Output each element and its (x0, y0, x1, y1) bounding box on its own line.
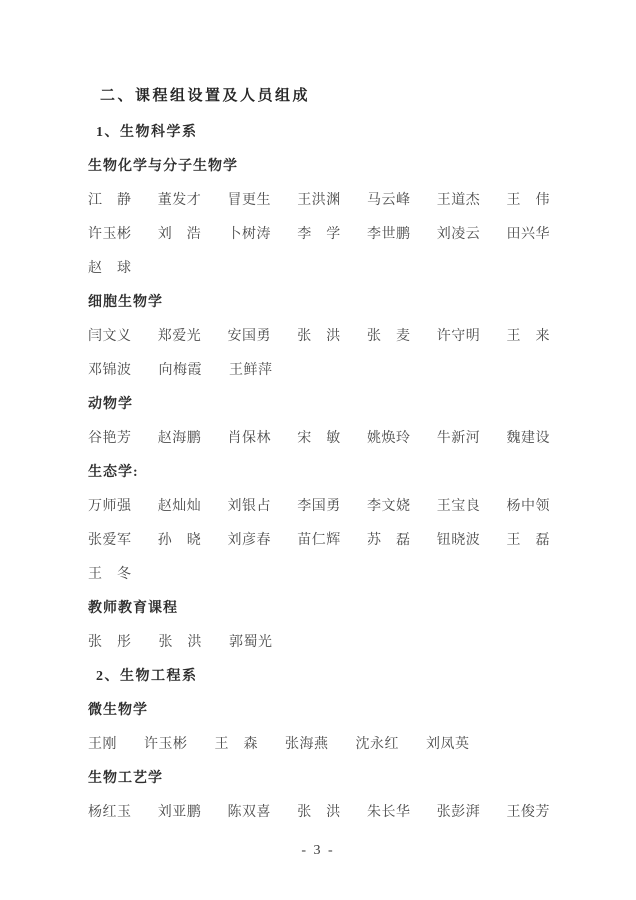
person-name: 刘亚鹏 (158, 804, 202, 821)
person-name: 李 学 (297, 226, 341, 243)
person-name: 王 磊 (507, 532, 551, 549)
department-heading: 2、生物工程系 (96, 668, 550, 685)
person-name: 冒更生 (228, 192, 272, 209)
person-name: 张爱军 (88, 532, 132, 549)
person-name: 王鲜萍 (229, 362, 273, 379)
person-name: 郭蜀光 (229, 634, 273, 651)
person-name: 邓锦波 (88, 362, 132, 379)
person-name: 李国勇 (297, 498, 341, 515)
person-name: 赵 球 (88, 260, 132, 277)
name-row: 许玉彬刘 浩卜树涛李 学李世鹏刘凌云田兴华 (88, 226, 550, 243)
person-name: 王刚 (88, 736, 117, 753)
name-row: 王 冬 (88, 566, 550, 583)
name-row: 江 静董发才冒更生王洪渊马云峰王道杰王 伟 (88, 192, 550, 209)
person-name: 张 麦 (367, 328, 411, 345)
name-row: 闫文义郑爱光安国勇张 洪张 麦许守明王 来 (88, 328, 550, 345)
course-group-heading: 生物化学与分子生物学 (88, 158, 550, 175)
person-name: 陈双喜 (228, 804, 272, 821)
person-name: 赵海鹏 (158, 430, 202, 447)
person-name: 沈永红 (356, 736, 400, 753)
person-name: 张彭湃 (437, 804, 481, 821)
person-name: 王道杰 (437, 192, 481, 209)
name-row: 王刚许玉彬王 森张海燕沈永红刘凤英 (88, 736, 550, 753)
person-name: 江 静 (88, 192, 132, 209)
person-name: 董发才 (158, 192, 202, 209)
person-name: 马云峰 (367, 192, 411, 209)
person-name: 王 森 (215, 736, 259, 753)
person-name: 安国勇 (228, 328, 272, 345)
person-name: 刘银占 (228, 498, 272, 515)
person-name: 杨红玉 (88, 804, 132, 821)
person-name: 郑爱光 (158, 328, 202, 345)
name-row: 张 彤张 洪郭蜀光 (88, 634, 550, 651)
person-name: 刘凌云 (437, 226, 481, 243)
person-name: 闫文义 (88, 328, 132, 345)
person-name: 钮晓波 (437, 532, 481, 549)
person-name: 姚焕玲 (367, 430, 411, 447)
name-row: 万师强赵灿灿刘银占李国勇李文娆王宝良杨中领 (88, 498, 550, 515)
person-name: 朱长华 (367, 804, 411, 821)
page-number: - 3 - (0, 843, 636, 859)
course-group-heading: 生态学: (88, 464, 550, 481)
person-name: 刘彦春 (228, 532, 272, 549)
person-name: 王宝良 (437, 498, 481, 515)
name-row: 杨红玉刘亚鹏陈双喜张 洪朱长华张彭湃王俊芳 (88, 804, 550, 821)
person-name: 张 洪 (297, 328, 341, 345)
department-heading: 1、生物科学系 (96, 124, 550, 141)
person-name: 许玉彬 (88, 226, 132, 243)
person-name: 王洪渊 (297, 192, 341, 209)
name-row: 邓锦波向梅霞王鲜萍 (88, 362, 550, 379)
course-group-heading: 细胞生物学 (88, 294, 550, 311)
person-name: 刘 浩 (158, 226, 202, 243)
person-name: 牛新河 (437, 430, 481, 447)
person-name: 向梅霞 (159, 362, 203, 379)
person-name: 许玉彬 (144, 736, 188, 753)
person-name: 张 洪 (159, 634, 203, 651)
person-name: 王 来 (507, 328, 551, 345)
document-body: 二、课程组设置及人员组成 1、生物科学系生物化学与分子生物学江 静董发才冒更生王… (88, 84, 550, 838)
person-name: 孙 晓 (158, 532, 202, 549)
name-row: 谷艳芳赵海鹏肖保林宋 敏姚焕玲牛新河魏建设 (88, 430, 550, 447)
person-name: 肖保林 (228, 430, 272, 447)
person-name: 张 洪 (297, 804, 341, 821)
person-name: 王 冬 (88, 566, 132, 583)
course-group-heading: 动物学 (88, 396, 550, 413)
course-group-heading: 生物工艺学 (88, 770, 550, 787)
person-name: 杨中领 (507, 498, 551, 515)
person-name: 王俊芳 (507, 804, 551, 821)
person-name: 苏 磊 (367, 532, 411, 549)
course-group-heading: 微生物学 (88, 702, 550, 719)
document-title: 二、课程组设置及人员组成 (100, 84, 550, 105)
person-name: 张 彤 (88, 634, 132, 651)
person-name: 魏建设 (507, 430, 551, 447)
person-name: 李文娆 (367, 498, 411, 515)
person-name: 李世鹏 (367, 226, 411, 243)
person-name: 赵灿灿 (158, 498, 202, 515)
person-name: 万师强 (88, 498, 132, 515)
person-name: 田兴华 (507, 226, 551, 243)
document-page: 二、课程组设置及人员组成 1、生物科学系生物化学与分子生物学江 静董发才冒更生王… (0, 0, 636, 900)
person-name: 宋 敏 (297, 430, 341, 447)
person-name: 许守明 (437, 328, 481, 345)
person-name: 苗仁辉 (297, 532, 341, 549)
person-name: 张海燕 (285, 736, 329, 753)
name-row: 赵 球 (88, 260, 550, 277)
course-group-heading: 教师教育课程 (88, 600, 550, 617)
person-name: 刘凤英 (426, 736, 470, 753)
name-row: 张爱军孙 晓刘彦春苗仁辉苏 磊钮晓波王 磊 (88, 532, 550, 549)
person-name: 谷艳芳 (88, 430, 132, 447)
person-name: 卜树涛 (228, 226, 272, 243)
person-name: 王 伟 (507, 192, 551, 209)
